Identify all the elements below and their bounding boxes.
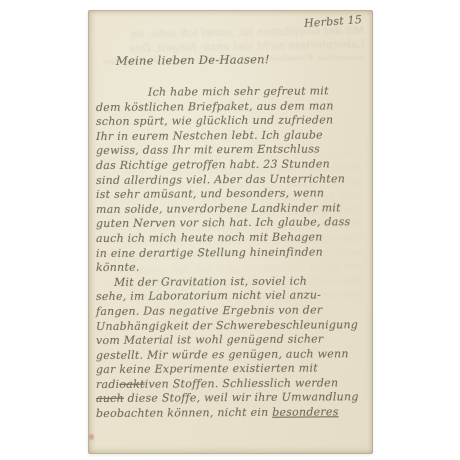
letter-text-segment: das Richtige getroffen habt. 23 Stunden xyxy=(96,157,330,172)
letter-text-segment: schon spürt, wie glücklich und zufrieden xyxy=(96,114,333,129)
letter-text-segment: fangen. Das negative Ergebnis von der xyxy=(96,303,322,318)
letter-text-segment: dem köstlichen Briefpaket, aus dem man xyxy=(96,99,334,114)
letter-line: ist sehr amüsant, und besonders, wenn xyxy=(96,186,369,202)
letter-text-segment: guten Nerven vor sich hat. Ich glaube, d… xyxy=(96,216,350,231)
letter-line: beobachten können, nicht ein besonderes xyxy=(96,405,369,421)
paper-stain xyxy=(89,434,94,440)
letter-text-segment: besonderes xyxy=(272,405,338,418)
letter-text-segment: gar keine Experimente existierten mit xyxy=(96,362,318,377)
letter-text-segment: iven Stoffen. Schliesslich werden xyxy=(145,376,339,390)
letter-text-segment: gewiss, dass Ihr mit eurem Entschluss xyxy=(96,143,320,158)
letter-text-segment: oakt xyxy=(119,378,144,391)
letter-line: schon spürt, wie glücklich und zufrieden xyxy=(96,113,369,129)
letter-page: Mit der Gravitation ist, soviel ich sehe… xyxy=(88,10,373,454)
letter-text-segment: in eine derartige Stellung hineinfinden xyxy=(96,245,323,260)
letter-text-segment: Ich habe mich sehr gefreut mit xyxy=(148,84,329,98)
letter-text-segment: könnte. xyxy=(96,261,140,274)
letter-body: Ich habe mich sehr gefreut mitdem köstli… xyxy=(96,86,369,422)
letter-text-segment: sehe, im Laboratorium nicht viel anzu- xyxy=(96,289,321,304)
letter-text-segment: auch ich mich heute noch mit Behagen xyxy=(96,230,323,245)
letter-text-segment: beobachten können, nicht ein xyxy=(96,406,272,420)
letter-text-segment: sind allerdings viel. Aber das Unterrich… xyxy=(96,172,345,187)
photo-background: Mit der Gravitation ist, soviel ich sehe… xyxy=(0,0,460,460)
letter-line: das Richtige getroffen habt. 23 Stunden xyxy=(96,157,369,173)
letter-text-segment: Ihr in eurem Nestchen lebt. Ich glaube xyxy=(96,128,323,143)
letter-line: vom Material ist wohl genügend sicher xyxy=(96,332,369,348)
letter-text-segment: ist sehr amüsant, und besonders, wenn xyxy=(96,187,324,202)
letter-text-segment: vom Material ist wohl genügend sicher xyxy=(96,333,323,348)
letter-line: auch ich mich heute noch mit Behagen xyxy=(96,230,369,246)
letter-line: fangen. Das negative Ergebnis von der xyxy=(96,303,369,319)
letter-text-segment: radi xyxy=(96,378,119,391)
letter-text-segment: Unabhängigkeit der Schwerebeschleunigung xyxy=(96,318,358,333)
letter-date: Herbst 15 xyxy=(303,13,362,30)
letter-text-segment: gestellt. Mir würde es genügen, auch wen… xyxy=(96,347,349,362)
letter-line: könnte. xyxy=(96,259,369,275)
letter-line: Ich habe mich sehr gefreut mit xyxy=(96,84,369,100)
letter-text-segment: Mit der Gravitation ist, soviel ich xyxy=(114,274,307,288)
letter-text-segment: man solide, unverdorbene Landkinder mit xyxy=(96,201,341,216)
letter-text-segment: diese Stoffe, weil wir ihre Umwandlung xyxy=(124,391,359,406)
letter-text-segment: auch xyxy=(96,392,124,405)
letter-salutation: Meine lieben De-Haasen! xyxy=(116,52,270,68)
